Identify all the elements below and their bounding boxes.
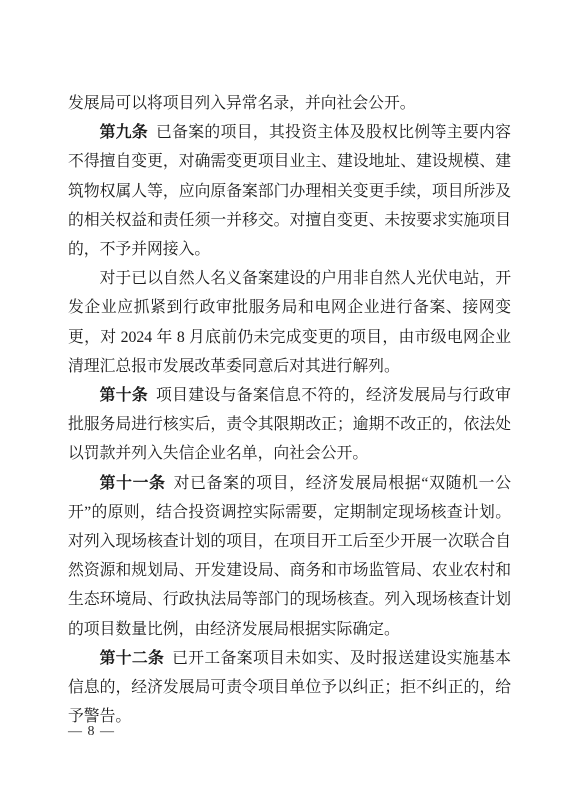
paragraph: 发展局可以将项目列入异常名录，并向社会公开。 — [68, 89, 511, 118]
article-heading: 第九条 — [100, 124, 148, 141]
paragraph-text: 对已备案的项目，经济发展局根据“双随机一公开”的原则，结合投资调控实际需要，定期… — [68, 475, 511, 638]
document-page: 发展局可以将项目列入异常名录，并向社会公开。 第九条已备案的项目，其投资主体及股… — [0, 0, 573, 803]
document-body: 发展局可以将项目列入异常名录，并向社会公开。 第九条已备案的项目，其投资主体及股… — [68, 89, 511, 731]
article-heading: 第十一条 — [100, 475, 166, 492]
paragraph-text: 已备案的项目，其投资主体及股权比例等主要内容不得擅自变更，对确需变更项目业主、建… — [68, 124, 511, 258]
paragraph-article-12: 第十二条已开工备案项目未如实、及时报送建设实施基本信息的，经济发展局可责令项目单… — [68, 644, 511, 732]
article-heading: 第十二条 — [100, 650, 165, 667]
paragraph-article-11: 第十一条对已备案的项目，经济发展局根据“双随机一公开”的原则，结合投资调控实际需… — [68, 469, 511, 644]
paragraph-text: 对于已以自然人名义备案建设的户用非自然人光伏电站，开发企业应抓紧到行政审批服务局… — [68, 270, 511, 375]
paragraph-text: 发展局可以将项目列入异常名录，并向社会公开。 — [68, 95, 416, 112]
paragraph-article-9: 第九条已备案的项目，其投资主体及股权比例等主要内容不得擅自变更，对确需变更项目业… — [68, 118, 511, 264]
article-heading: 第十条 — [100, 387, 148, 404]
page-number: — 8 — — [68, 724, 115, 740]
paragraph: 对于已以自然人名义备案建设的户用非自然人光伏电站，开发企业应抓紧到行政审批服务局… — [68, 264, 511, 381]
paragraph-article-10: 第十条项目建设与备案信息不符的，经济发展局与行政审批服务局进行核实后，责令其限期… — [68, 381, 511, 469]
